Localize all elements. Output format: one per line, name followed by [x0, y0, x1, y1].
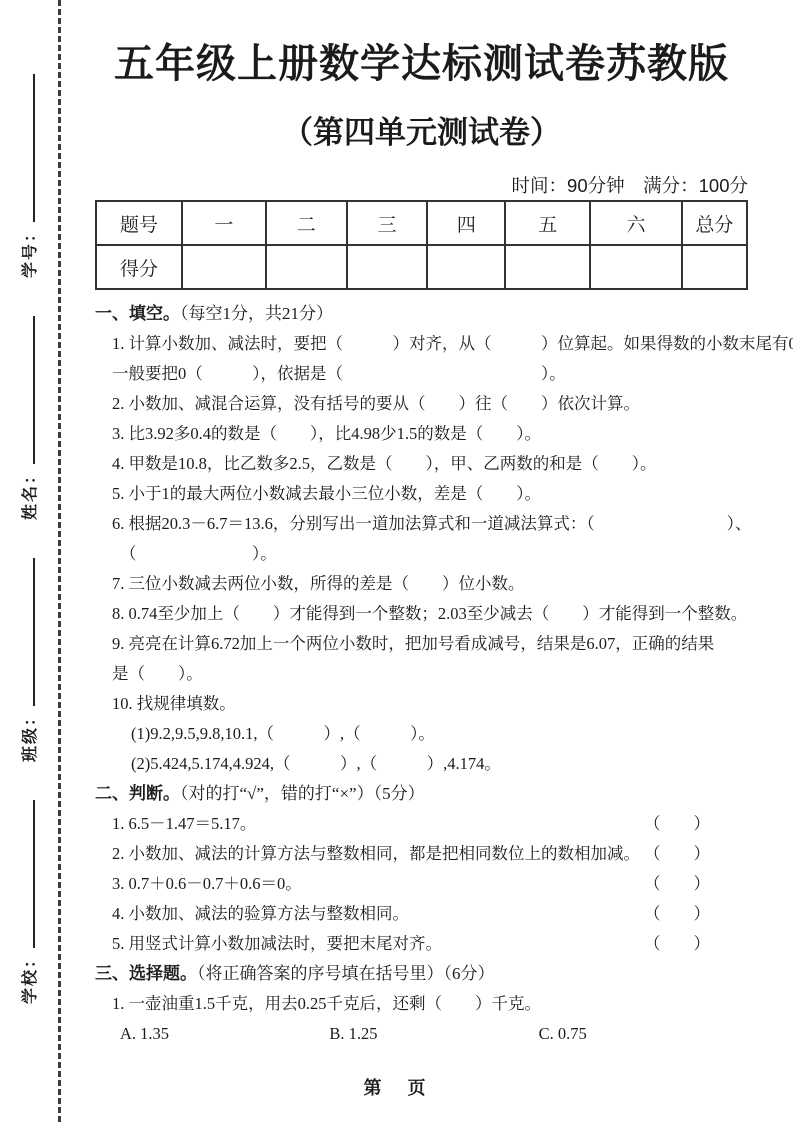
question-line: 10. 找规律填数。 — [95, 689, 748, 719]
question-text: 7. 三位小数减去两位小数，所得的差是（ ）位小数。 — [112, 574, 525, 593]
score-table-header-cell: 题号 — [96, 201, 182, 245]
score-cell-empty — [590, 245, 682, 289]
score-table-score-row: 得分 — [96, 245, 747, 289]
question-text: 6. 根据20.3－6.7＝13.6，分别写出一道加法算式和一道减法算式：（ ）… — [112, 514, 751, 533]
choice-options-row: A. 1.35B. 1.25C. 0.75 — [95, 1019, 748, 1049]
question-text: 是（ ）。 — [112, 664, 203, 683]
score-table: 题号一二三四五六总分得分 — [95, 200, 748, 290]
write-in-line — [19, 800, 35, 948]
answer-bracket: （ ） — [644, 899, 710, 929]
score-table-header-cell: 二 — [266, 201, 347, 245]
question-line: 7. 三位小数减去两位小数，所得的差是（ ）位小数。 — [95, 569, 748, 599]
student-info-field: 姓名： — [17, 316, 40, 520]
question-line: 5. 用竖式计算小数加减法时，要把末尾对齐。（ ） — [95, 929, 748, 959]
question-text: 3. 0.7＋0.6－0.7＋0.6＝0。 — [112, 869, 302, 899]
student-info-label: 班级： — [17, 708, 40, 762]
question-line: （ ）。 — [95, 539, 748, 569]
question-line: 2. 小数加、减法的计算方法与整数相同，都是把相同数位上的数相加减。（ ） — [95, 839, 748, 869]
question-line: 一般要把0（ ），依据是（ ）。 — [95, 359, 748, 389]
question-line: 6. 根据20.3－6.7＝13.6，分别写出一道加法算式和一道减法算式：（ ）… — [95, 509, 748, 539]
score-cell-empty — [347, 245, 428, 289]
student-info-label: 学校： — [17, 950, 40, 1004]
write-in-line — [19, 558, 35, 706]
score-cell-empty — [505, 245, 590, 289]
section-note: （将正确答案的序号填在括号里）（6分） — [197, 964, 495, 983]
answer-bracket: （ ） — [644, 839, 710, 869]
option-item: C. 0.75 — [539, 1019, 748, 1049]
question-line: 3. 比3.92多0.4的数是（ ），比4.98少1.5的数是（ ）。 — [95, 419, 748, 449]
option-item: A. 1.35 — [120, 1019, 329, 1049]
question-text: 4. 小数加、减法的验算方法与整数相同。 — [112, 899, 409, 929]
section-title: 三、选择题。 — [95, 964, 197, 983]
answer-bracket: （ ） — [644, 929, 710, 959]
question-line: 4. 小数加、减法的验算方法与整数相同。（ ） — [95, 899, 748, 929]
question-text: (1)9.2,9.5,9.8,10.1,（ ）,（ ）。 — [131, 724, 435, 743]
question-text: 一般要把0（ ），依据是（ ）。 — [112, 364, 566, 383]
question-text: 1. 一壶油重1.5千克，用去0.25千克后，还剩（ ）千克。 — [112, 994, 541, 1013]
page-subtitle: （第四单元测试卷） — [95, 114, 748, 152]
exam-content: 五年级上册数学达标测试卷苏教版 （第四单元测试卷） 时间：90分钟 满分：100… — [95, 0, 748, 1049]
exam-paper-page: 学校：班级：姓名：学号： 五年级上册数学达标测试卷苏教版 （第四单元测试卷） 时… — [0, 0, 793, 1122]
score-table-header-cell: 四 — [427, 201, 505, 245]
question-line: 5. 小于1的最大两位小数减去最小三位小数，差是（ ）。 — [95, 479, 748, 509]
answer-bracket: （ ） — [644, 869, 710, 899]
question-text: 10. 找规律填数。 — [112, 694, 236, 713]
student-info-margin: 学校：班级：姓名：学号： — [0, 0, 56, 1122]
question-line: 4. 甲数是10.8，比乙数多2.5，乙数是（ ），甲、乙两数的和是（ ）。 — [95, 449, 748, 479]
section-note: （每空1分，共21分） — [180, 304, 333, 323]
question-line: (2)5.424,5.174,4.924,（ ）,（ ）,4.174。 — [95, 749, 748, 779]
question-line: 1. 6.5－1.47＝5.17。（ ） — [95, 809, 748, 839]
question-text: 2. 小数加、减混合运算，没有括号的要从（ ）往（ ）依次计算。 — [112, 394, 640, 413]
student-info-label: 姓名： — [17, 466, 40, 520]
question-text: 2. 小数加、减法的计算方法与整数相同，都是把相同数位上的数相加减。 — [112, 839, 640, 869]
question-text: 5. 小于1的最大两位小数减去最小三位小数，差是（ ）。 — [112, 484, 541, 503]
section-title: 二、判断。 — [95, 784, 180, 803]
score-table-header-cell: 六 — [590, 201, 682, 245]
score-row-label: 得分 — [96, 245, 182, 289]
questions-area: 一、填空。（每空1分，共21分）1. 计算小数加、减法时，要把（ ）对齐，从（ … — [95, 299, 748, 1049]
page-footer: 第 页 — [0, 1074, 793, 1100]
score-table-header-cell: 总分 — [682, 201, 747, 245]
student-info-field: 班级： — [17, 558, 40, 762]
write-in-line — [19, 316, 35, 464]
seal-dashed-line — [58, 0, 61, 1122]
question-text: 1. 计算小数加、减法时，要把（ ）对齐，从（ ）位算起。如果得数的小数末尾有0… — [112, 334, 793, 353]
score-cell-empty — [182, 245, 266, 289]
question-line: 8. 0.74至少加上（ ）才能得到一个整数；2.03至少减去（ ）才能得到一个… — [95, 599, 748, 629]
question-text: （ ）。 — [120, 544, 277, 563]
student-info-field: 学号： — [17, 74, 40, 278]
question-line: 1. 一壶油重1.5千克，用去0.25千克后，还剩（ ）千克。 — [95, 989, 748, 1019]
question-text: (2)5.424,5.174,4.924,（ ）,（ ）,4.174。 — [131, 754, 501, 773]
section-title: 一、填空。 — [95, 304, 180, 323]
score-table-header-row: 题号一二三四五六总分 — [96, 201, 747, 245]
question-text: 9. 亮亮在计算6.72加上一个两位小数时，把加号看成减号，结果是6.07，正确… — [112, 634, 714, 653]
question-line: 2. 小数加、减混合运算，没有括号的要从（ ）往（ ）依次计算。 — [95, 389, 748, 419]
question-text: 3. 比3.92多0.4的数是（ ），比4.98少1.5的数是（ ）。 — [112, 424, 541, 443]
question-line: 1. 计算小数加、减法时，要把（ ）对齐，从（ ）位算起。如果得数的小数末尾有0… — [95, 329, 748, 359]
section-heading: 二、判断。（对的打“√”，错的打“×”）（5分） — [95, 779, 748, 809]
question-text: 1. 6.5－1.47＝5.17。 — [112, 809, 256, 839]
section-note: （对的打“√”，错的打“×”）（5分） — [180, 784, 425, 803]
question-text: 8. 0.74至少加上（ ）才能得到一个整数；2.03至少减去（ ）才能得到一个… — [112, 604, 747, 623]
question-text: 5. 用竖式计算小数加减法时，要把末尾对齐。 — [112, 929, 442, 959]
question-line: 9. 亮亮在计算6.72加上一个两位小数时，把加号看成减号，结果是6.07，正确… — [95, 629, 748, 659]
score-cell-empty — [266, 245, 347, 289]
question-line: (1)9.2,9.5,9.8,10.1,（ ）,（ ）。 — [95, 719, 748, 749]
score-table-header-cell: 一 — [182, 201, 266, 245]
score-table-header-cell: 五 — [505, 201, 590, 245]
question-text: 4. 甲数是10.8，比乙数多2.5，乙数是（ ），甲、乙两数的和是（ ）。 — [112, 454, 657, 473]
student-info-field: 学校： — [17, 800, 40, 1004]
answer-bracket: （ ） — [644, 809, 710, 839]
score-cell-empty — [682, 245, 747, 289]
score-cell-empty — [427, 245, 505, 289]
exam-meta: 时间：90分钟 满分：100分 — [95, 176, 748, 196]
question-line: 是（ ）。 — [95, 659, 748, 689]
section-heading: 三、选择题。（将正确答案的序号填在括号里）（6分） — [95, 959, 748, 989]
page-title: 五年级上册数学达标测试卷苏教版 — [95, 40, 748, 88]
option-item: B. 1.25 — [329, 1019, 538, 1049]
score-table-header-cell: 三 — [347, 201, 428, 245]
student-info-label: 学号： — [17, 224, 40, 278]
question-line: 3. 0.7＋0.6－0.7＋0.6＝0。（ ） — [95, 869, 748, 899]
write-in-line — [19, 74, 35, 222]
section-heading: 一、填空。（每空1分，共21分） — [95, 299, 748, 329]
